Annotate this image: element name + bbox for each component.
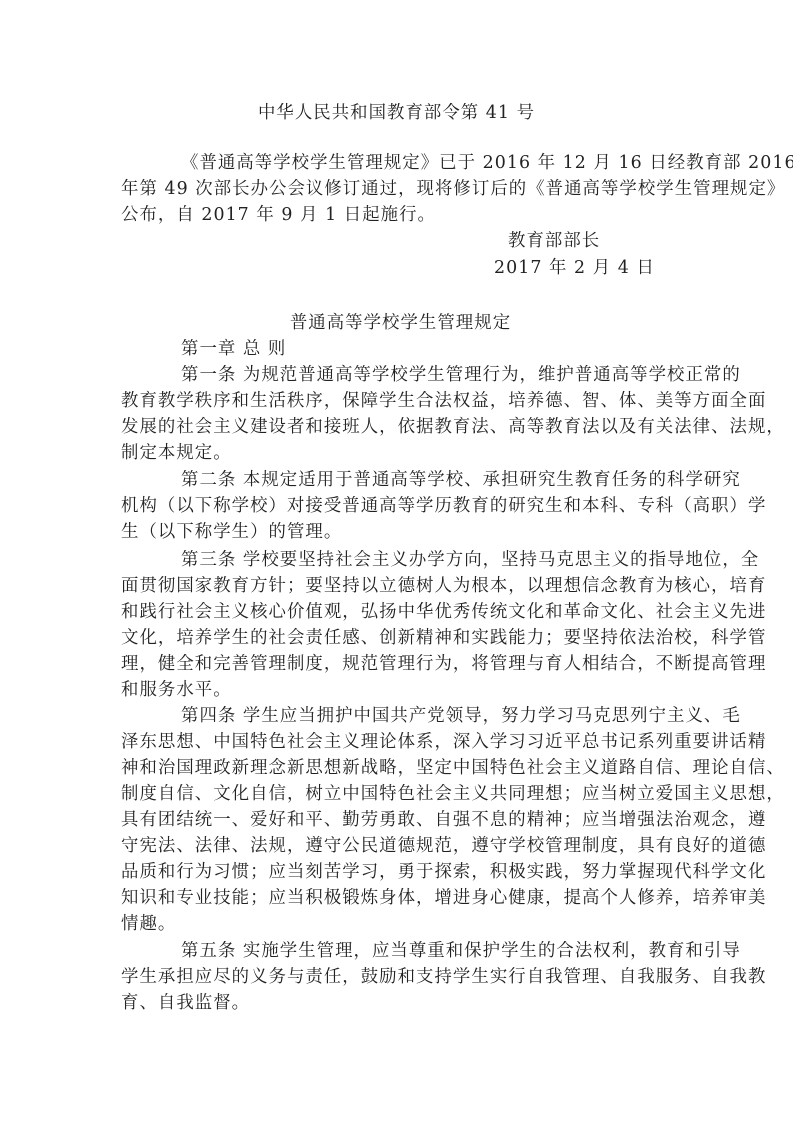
article-4-line: 神和治国理政新理念新思想新战略，坚定中国特色社会主义道路自信、理论自信、: [121, 758, 672, 778]
article-3-line: 和服务水平。: [121, 680, 672, 700]
article-4-line: 泽东思想、中国特色社会主义理论体系，深入学习习近平总书记系列重要讲话精: [121, 732, 672, 752]
article-3-line: 第三条 学校要坚持社会主义办学方向，坚持马克思主义的指导地位，全: [181, 550, 672, 570]
article-1-line: 教育教学秩序和生活秩序，保障学生合法权益，培养德、智、体、美等方面全面: [121, 391, 672, 411]
article-5-line: 第五条 实施学生管理，应当尊重和保护学生的合法权利，教育和引导: [181, 941, 672, 961]
order-paragraph-line: 公布，自 2017 年 9 月 1 日起施行。: [121, 205, 672, 225]
article-4-line: 第四条 学生应当拥护中国共产党领导，努力学习马克思列宁主义、毛: [181, 706, 672, 726]
article-4-line: 制度自信、文化自信，树立中国特色社会主义共同理想；应当树立爱国主义思想，: [121, 784, 672, 804]
document-page: 中华人民共和国教育部令第 41 号 《普通高等学校学生管理规定》已于 2016 …: [0, 0, 793, 1122]
order-paragraph-line: 年第 49 次部长办公会议修订通过，现将修订后的《普通高等学校学生管理规定》: [121, 179, 672, 199]
article-3-line: 和践行社会主义核心价值观，弘扬中华优秀传统文化和革命文化、社会主义先进: [121, 602, 672, 622]
order-title: 中华人民共和国教育部令第 41 号: [0, 103, 793, 123]
article-4-line: 品质和行为习惯；应当刻苦学习，勇于探索，积极实践，努力掌握现代科学文化: [121, 862, 672, 882]
article-2-line: 第二条 本规定适用于普通高等学校、承担研究生教育任务的科学研究: [181, 470, 672, 490]
article-4-line: 具有团结统一、爱好和平、勤劳勇敢、自强不息的精神；应当增强法治观念，遵: [121, 810, 672, 830]
article-2-line: 生（以下称学生）的管理。: [121, 522, 672, 542]
regulation-title: 普通高等学校学生管理规定: [4, 313, 793, 333]
chapter-heading: 第一章 总 则: [181, 339, 286, 359]
article-3-line: 理，健全和完善管理制度，规范管理行为，将管理与育人相结合，不断提高管理: [121, 654, 672, 674]
article-1-line: 发展的社会主义建设者和接班人，依据教育法、高等教育法以及有关法律、法规，: [121, 417, 672, 437]
article-5-line: 学生承担应尽的义务与责任，鼓励和支持学生实行自我管理、自我服务、自我教: [121, 967, 672, 987]
article-1-line: 第一条 为规范普通高等学校学生管理行为，维护普通高等学校正常的: [181, 365, 672, 385]
article-1-line: 制定本规定。: [121, 443, 672, 463]
article-4-line: 知识和专业技能；应当积极锻炼身体，增进身心健康，提高个人修养，培养审美: [121, 888, 672, 908]
signatory: 教育部部长: [508, 231, 600, 251]
article-4-line: 守宪法、法律、法规，遵守公民道德规范，遵守学校管理制度，具有良好的道德: [121, 836, 672, 856]
order-paragraph-line: 《普通高等学校学生管理规定》已于 2016 年 12 月 16 日经教育部 20…: [181, 153, 672, 173]
article-3-line: 面贯彻国家教育方针；要坚持以立德树人为根本，以理想信念教育为核心，培育: [121, 576, 672, 596]
article-2-line: 机构（以下称学校）对接受普通高等学历教育的研究生和本科、专科（高职）学: [121, 496, 672, 516]
article-4-line: 情趣。: [121, 914, 672, 934]
article-3-line: 文化，培养学生的社会责任感、创新精神和实践能力；要坚持依法治校，科学管: [121, 628, 672, 648]
signature-date: 2017 年 2 月 4 日: [494, 258, 655, 278]
article-5-line: 育、自我监督。: [121, 993, 672, 1013]
